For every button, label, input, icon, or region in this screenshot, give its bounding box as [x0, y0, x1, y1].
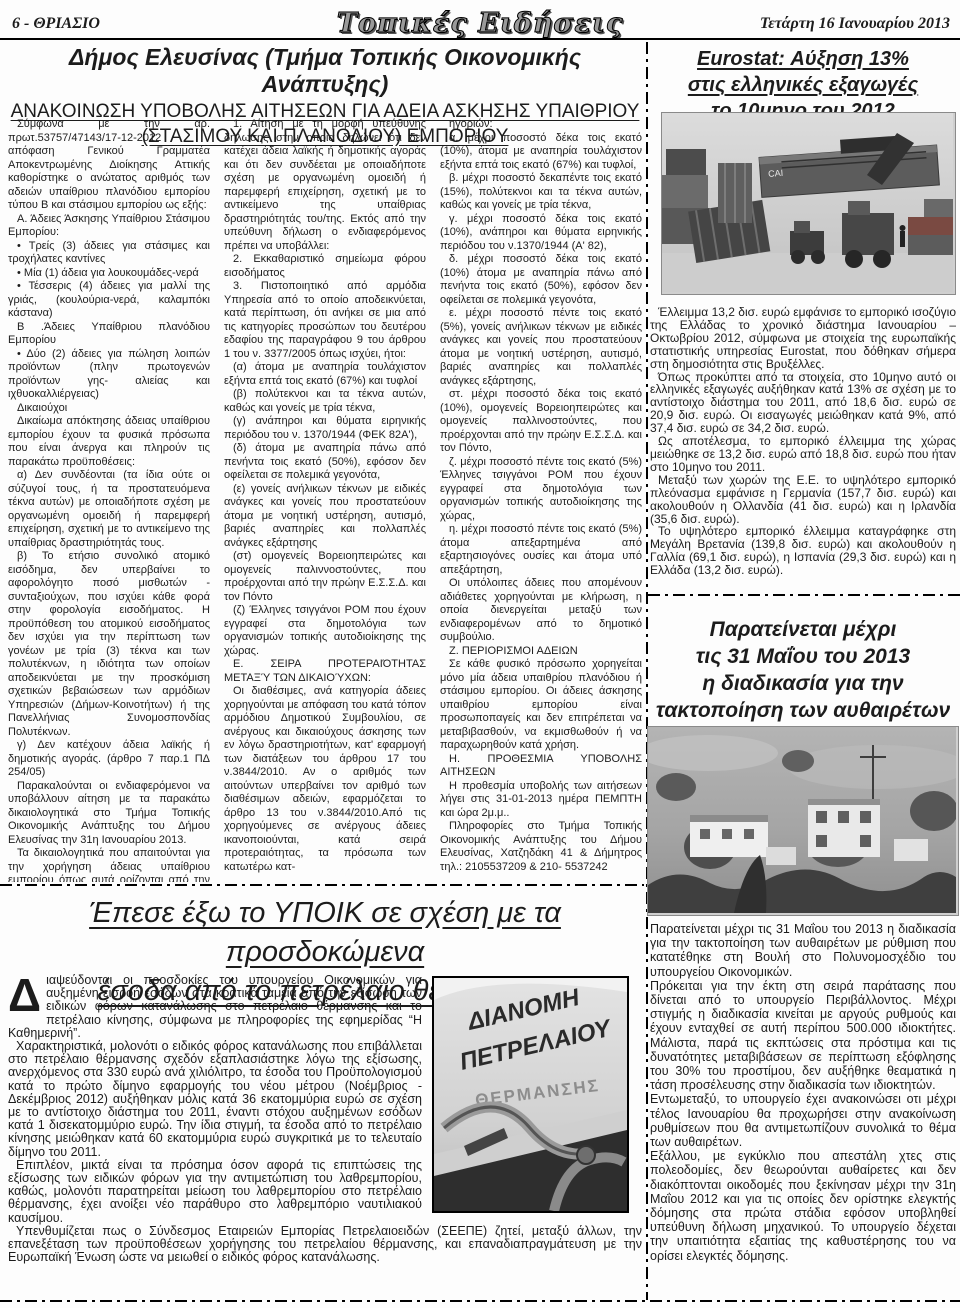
paragraph: Τα δικαιολογητικά που απαιτούνται για τη… [8, 847, 210, 882]
horizontal-divider-main [0, 884, 644, 886]
paragraph: 3. Πιστοποιητικό από αρμόδια Υπηρεσία απ… [224, 280, 426, 361]
eurostat-headline-line2: στις ελληνικές εξαγωγές [650, 72, 956, 98]
paragraph: Ε. ΣΕΙΡΑ ΠΡΟΤΕΡΑΙΌΤΗΤΑΣ ΜΕΤΑΞΎ ΤΩΝ ΔΙΚΑΙ… [224, 658, 426, 685]
hillside-houses-photo-art [648, 727, 956, 913]
paragraph: Η. ΠΡΟΘΕΣΜΙΑ ΥΠΟΒΟΛΗΣ ΑΙΤΗΣΕΩΝ [440, 753, 642, 780]
paragraph: Οι υπόλοιπες άδειες που απομένουν αδιάθε… [440, 577, 642, 645]
paragraph: Σε κάθε φυσικό πρόσωπο χορηγείται μόνο μ… [440, 658, 642, 753]
amnesty-heading-line2: τις 31 Μαΐου του 2013 [648, 643, 958, 670]
oil-lead-text: ιαψεύδονται οι προσδοκίες του υπουργείου… [8, 974, 422, 1040]
paragraph: Η προθεσμία υποβολής των αιτήσεων λήγει … [440, 780, 642, 821]
eurostat-article-body: Έλλειμμα 13,2 δισ. ευρώ εμφάνισε το εμπο… [650, 306, 956, 590]
paragraph: η. μέχρι ποσοστό πέντε τοις εκατό (5%) ά… [440, 523, 642, 577]
paragraph: Παρακαλούνται οι ενδιαφερόμενοι να υποβά… [8, 780, 210, 848]
paragraph: (β) πολύτεκνοι και τα τέκνα αυτών, καθώς… [224, 388, 426, 415]
page-number-masthead: 6 - ΘΡΙΑΣΙΟ [12, 15, 100, 33]
paragraph: Β .Άδειες Υπαίθριου πλανόδιου Εμπορίου [8, 321, 210, 348]
paragraph: δ. μέχρι ποσοστό δέκα τοις εκατό (10%) ά… [440, 253, 642, 307]
license-column-1: Σύμφωνα με την αρ. πρωτ.53757/47143/17-1… [8, 118, 210, 882]
paragraph: Όπως προκύπτει από τα στοιχεία, στο 10μη… [650, 371, 956, 436]
amnesty-heading-line3: η διαδικασία για την [648, 670, 958, 697]
paragraph: α. μέχρι ποσοστό δέκα τοις εκατό (10%), … [440, 132, 642, 173]
paragraph: Μεταξύ των χωρών της Ε.Ε. το υψηλότερο ε… [650, 474, 956, 526]
license-headline-kicker: Δήμος Ελευσίνας (Τμήμα Τοπικής Οικονομικ… [8, 44, 642, 98]
paragraph: στ. μέχρι ποσοστό δέκα τοις εκατό (10%),… [440, 388, 642, 456]
fuel-truck-photo-art: ΔΙΑΝΟΜΗ ΠΕΤΡΕΛΑΙΟΥ ΘΕΡΜΑΝΣΗΣ [434, 978, 627, 1211]
horizontal-divider-sidebar [648, 594, 960, 596]
paragraph: Ως αποτέλεσμα, το εμπορικό έλλειμμα της … [650, 435, 956, 474]
paragraph: γ. μέχρι ποσοστό δέκα τοις εκατό (10%), … [440, 213, 642, 254]
license-column-3: ηγοριών:α. μέχρι ποσοστό δέκα τοις εκατό… [440, 118, 642, 882]
amnesty-article-body: Παρατείνεται μέχρι τις 31 Μαΐου του 2013… [650, 922, 956, 1298]
container-label: CAI [768, 168, 784, 179]
paragraph: γ) Δεν κατέχουν άδεια λαϊκής ή δημοτικής… [8, 739, 210, 780]
paragraph: • Τέσσερις (4) άδειες για μαλλί της γριά… [8, 280, 210, 321]
amnesty-heading: Παρατείνεται μέχρι τις 31 Μαΐου του 2013… [648, 616, 958, 724]
paragraph: Το υψηλότερο εμπορικό έλλειμμα καταγράφη… [650, 525, 956, 577]
paragraph: α) Δεν συνδέονται (τα ίδια ούτε οι σύζυγ… [8, 469, 210, 550]
paragraph: (γ) ανάπηροι και θύματα ειρηνικής περιόδ… [224, 415, 426, 442]
paragraph: Παρατείνεται μέχρι τις 31 Μαΐου του 2013… [650, 922, 956, 979]
paragraph: Δικαίωμα απόκτησης άδειας υπαίθριου εμπο… [8, 415, 210, 469]
amnesty-heading-line4: τακτοποίηση των αυθαιρέτων [648, 697, 958, 724]
paragraph: Εντωμεταξύ, το υπουργείο έχει ανακοινώσε… [650, 1092, 956, 1149]
paragraph: • Δύο (2) άδειες για πώληση λοιπών προϊό… [8, 348, 210, 402]
paragraph: (ζ) Έλληνες τσιγγάνοι ΡΟΜ που έχουν εγγρ… [224, 604, 426, 658]
paragraph: (ε) γονείς ανήλικων τέκνων με ειδικές αν… [224, 483, 426, 551]
eurostat-headline-line1: Eurostat: Αύξηση 13% [650, 46, 956, 72]
paragraph: ε. μέχρι ποσοστό πέντε τοις εκατό (5%), … [440, 307, 642, 388]
container-port-photo-art: CAI [662, 113, 953, 292]
paragraph: Ζ. ΠΕΡΙΟΡΙΣΜΟΙ ΑΔΕΙΩΝ [440, 645, 642, 659]
paragraph: Οι διαθέσιμες, ανά κατηγορία άδειες χορη… [224, 685, 426, 874]
fuel-truck-photo: ΔΙΑΝΟΜΗ ΠΕΤΡΕΛΑΙΟΥ ΘΕΡΜΑΝΣΗΣ [432, 976, 629, 1213]
paragraph: (στ) ομογενείς Βορειοηπειρώτες και ομογε… [224, 550, 426, 604]
paragraph: Πρόκειται για την έκτη στη σειρά παράτασ… [650, 979, 956, 1093]
hillside-houses-photo [647, 726, 959, 916]
paragraph: • Τρείς (3) άδειες για στάσιμες και τροχ… [8, 240, 210, 267]
paragraph: Α. Άδειες Άσκησης Υπαίθριου Στάσιμου Εμπ… [8, 213, 210, 240]
header-rule [0, 38, 960, 40]
paragraph: (δ) άτομα με αναπηρία πάνω από πενήντα τ… [224, 442, 426, 483]
license-column-2: 1. Αίτηση με τη μορφή υπεύθυνης δήλωσης … [224, 118, 426, 882]
newspaper-page: { "masthead": { "left": "6 - ΘΡΙΑΣΙΟ", "… [0, 0, 960, 1308]
issue-date: Τετάρτη 16 Ιανουαρίου 2013 [760, 15, 950, 33]
paragraph: β. μέχρι ποσοστό δεκαπέντε τοις εκατό (1… [440, 172, 642, 213]
section-masthead: Τοπικές Ειδήσεις [337, 8, 624, 39]
paragraph: Υπενθυμίζεται πως ο Σύνδεσμος Εταιρειών … [8, 1225, 642, 1265]
oil-article-body: ΔΙΑΝΟΜΗ ΠΕΤΡΕΛΑΙΟΥ ΘΕΡΜΑΝΣΗΣ Διαψεύδοντα… [8, 974, 642, 1302]
container-port-photo: CAI [661, 112, 956, 295]
drop-cap: Δ [8, 976, 41, 1014]
oil-headline-line1: Έπεσε έξω το ΥΠΟΙΚ σε σχέση με τα προσδο… [89, 897, 561, 968]
paragraph: Σύμφωνα με την αρ. πρωτ.53757/47143/17-1… [8, 118, 210, 213]
page-header: 6 - ΘΡΙΑΣΙΟ Τοπικές Ειδήσεις Τετάρτη 16 … [10, 6, 950, 38]
paragraph: Εξάλλου, με εγκύκλιο που απεστάλη χτες σ… [650, 1149, 956, 1263]
paragraph: ζ. μέχρι ποσοστό πέντε τοις εκατό (5%) Έ… [440, 456, 642, 524]
amnesty-heading-line1: Παρατείνεται μέχρι [648, 616, 958, 643]
paragraph: 2. Εκκαθαριστικό σημείωμα φόρου εισοδήμα… [224, 253, 426, 280]
paragraph: ηγοριών: [440, 118, 642, 132]
paragraph: Έλλειμμα 13,2 δισ. ευρώ εμφάνισε το εμπο… [650, 306, 956, 371]
paragraph: (α) άτομα με αναπηρία τουλάχιστον εξήντα… [224, 361, 426, 388]
paragraph: • Μία (1) άδεια για λουκουμάδες-νερά [8, 267, 210, 281]
paragraph: Πληροφορίες στο Τμήμα Τοπικής Οικονομική… [440, 820, 642, 874]
paragraph: 1. Αίτηση με τη μορφή υπεύθυνης δήλωσης … [224, 118, 426, 253]
paragraph: Δικαιούχοι [8, 402, 210, 416]
license-article-body: Σύμφωνα με την αρ. πρωτ.53757/47143/17-1… [8, 118, 642, 882]
paragraph: β) Το ετήσιο συνολικό ατομικό εισόδημα, … [8, 550, 210, 739]
